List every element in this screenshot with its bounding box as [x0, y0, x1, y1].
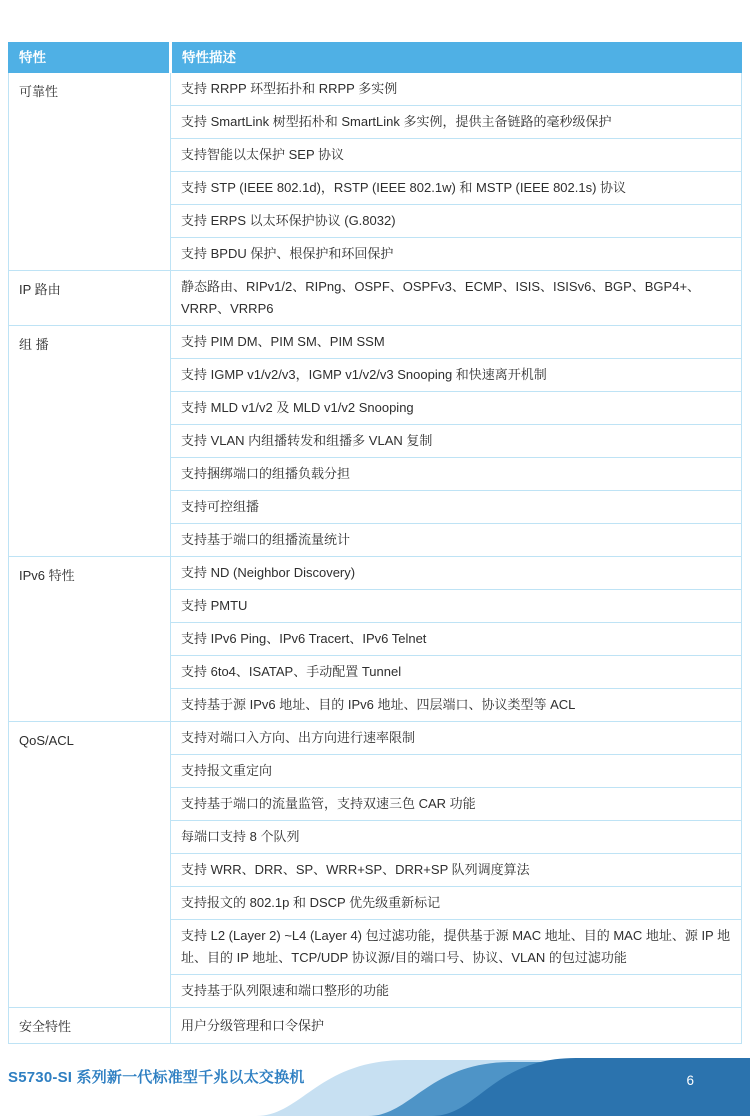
table-header-row: 特性 特性描述 [9, 43, 742, 73]
feature-description-cell: 支持基于源 IPv6 地址、目的 IPv6 地址、四层端口、协议类型等 ACL [171, 689, 742, 722]
feature-description-cell: 支持 WRR、DRR、SP、WRR+SP、DRR+SP 队列调度算法 [171, 854, 742, 887]
feature-description-cell: 用户分级管理和口令保护 [171, 1008, 742, 1044]
table-row: IPv6 特性支持 ND (Neighbor Discovery) [9, 557, 742, 590]
feature-category-cell: IP 路由 [9, 271, 171, 326]
feature-description-cell: 每端口支持 8 个队列 [171, 821, 742, 854]
feature-category-cell: QoS/ACL [9, 722, 171, 1008]
feature-category-cell: 安全特性 [9, 1008, 171, 1044]
feature-description-cell: 支持 PMTU [171, 590, 742, 623]
feature-description-cell: 支持基于端口的组播流量统计 [171, 524, 742, 557]
feature-description-cell: 支持 PIM DM、PIM SM、PIM SSM [171, 326, 742, 359]
feature-description-cell: 支持 ND (Neighbor Discovery) [171, 557, 742, 590]
table-row: 可靠性支持 RRPP 环型拓扑和 RRPP 多实例 [9, 73, 742, 106]
header-feature-description: 特性描述 [171, 43, 742, 73]
feature-description-cell: 支持 VLAN 内组播转发和组播多 VLAN 复制 [171, 425, 742, 458]
feature-description-cell: 支持 L2 (Layer 2) ~L4 (Layer 4) 包过滤功能，提供基于… [171, 920, 742, 975]
feature-description-cell: 支持报文的 802.1p 和 DSCP 优先级重新标记 [171, 887, 742, 920]
table-row: IP 路由静态路由、RIPv1/2、RIPng、OSPF、OSPFv3、ECMP… [9, 271, 742, 326]
feature-description-cell: 支持捆绑端口的组播负载分担 [171, 458, 742, 491]
feature-description-cell: 支持 RRPP 环型拓扑和 RRPP 多实例 [171, 73, 742, 106]
feature-description-cell: 支持 6to4、ISATAP、手动配置 Tunnel [171, 656, 742, 689]
footer-wave-graphic [0, 1045, 750, 1116]
feature-description-cell: 支持报文重定向 [171, 755, 742, 788]
feature-description-cell: 支持 ERPS 以太环保护协议 (G.8032) [171, 205, 742, 238]
feature-description-cell: 支持可控组播 [171, 491, 742, 524]
table-row: 组 播支持 PIM DM、PIM SM、PIM SSM [9, 326, 742, 359]
feature-description-cell: 支持 BPDU 保护、根保护和环回保护 [171, 238, 742, 271]
feature-category-cell: 可靠性 [9, 73, 171, 271]
feature-description-cell: 支持 STP (IEEE 802.1d)，RSTP (IEEE 802.1w) … [171, 172, 742, 205]
feature-description-cell: 支持基于队列限速和端口整形的功能 [171, 975, 742, 1008]
page-number: 6 [686, 1073, 694, 1088]
table-row: 安全特性用户分级管理和口令保护 [9, 1008, 742, 1044]
header-feature: 特性 [9, 43, 171, 73]
feature-description-cell: 静态路由、RIPv1/2、RIPng、OSPF、OSPFv3、ECMP、ISIS… [171, 271, 742, 326]
feature-category-cell: IPv6 特性 [9, 557, 171, 722]
feature-description-cell: 支持 IGMP v1/v2/v3，IGMP v1/v2/v3 Snooping … [171, 359, 742, 392]
feature-description-cell: 支持基于端口的流量监管，支持双速三色 CAR 功能 [171, 788, 742, 821]
feature-description-cell: 支持 SmartLink 树型拓朴和 SmartLink 多实例，提供主备链路的… [171, 106, 742, 139]
feature-table: 特性 特性描述 可靠性支持 RRPP 环型拓扑和 RRPP 多实例支持 Smar… [8, 42, 742, 1044]
document-page: 特性 特性描述 可靠性支持 RRPP 环型拓扑和 RRPP 多实例支持 Smar… [0, 0, 750, 1116]
feature-description-cell: 支持智能以太保护 SEP 协议 [171, 139, 742, 172]
feature-table-body: 可靠性支持 RRPP 环型拓扑和 RRPP 多实例支持 SmartLink 树型… [9, 73, 742, 1044]
table-row: QoS/ACL支持对端口入方向、出方向进行速率限制 [9, 722, 742, 755]
feature-category-cell: 组 播 [9, 326, 171, 557]
feature-description-cell: 支持 MLD v1/v2 及 MLD v1/v2 Snooping [171, 392, 742, 425]
feature-description-cell: 支持对端口入方向、出方向进行速率限制 [171, 722, 742, 755]
feature-description-cell: 支持 IPv6 Ping、IPv6 Tracert、IPv6 Telnet [171, 623, 742, 656]
